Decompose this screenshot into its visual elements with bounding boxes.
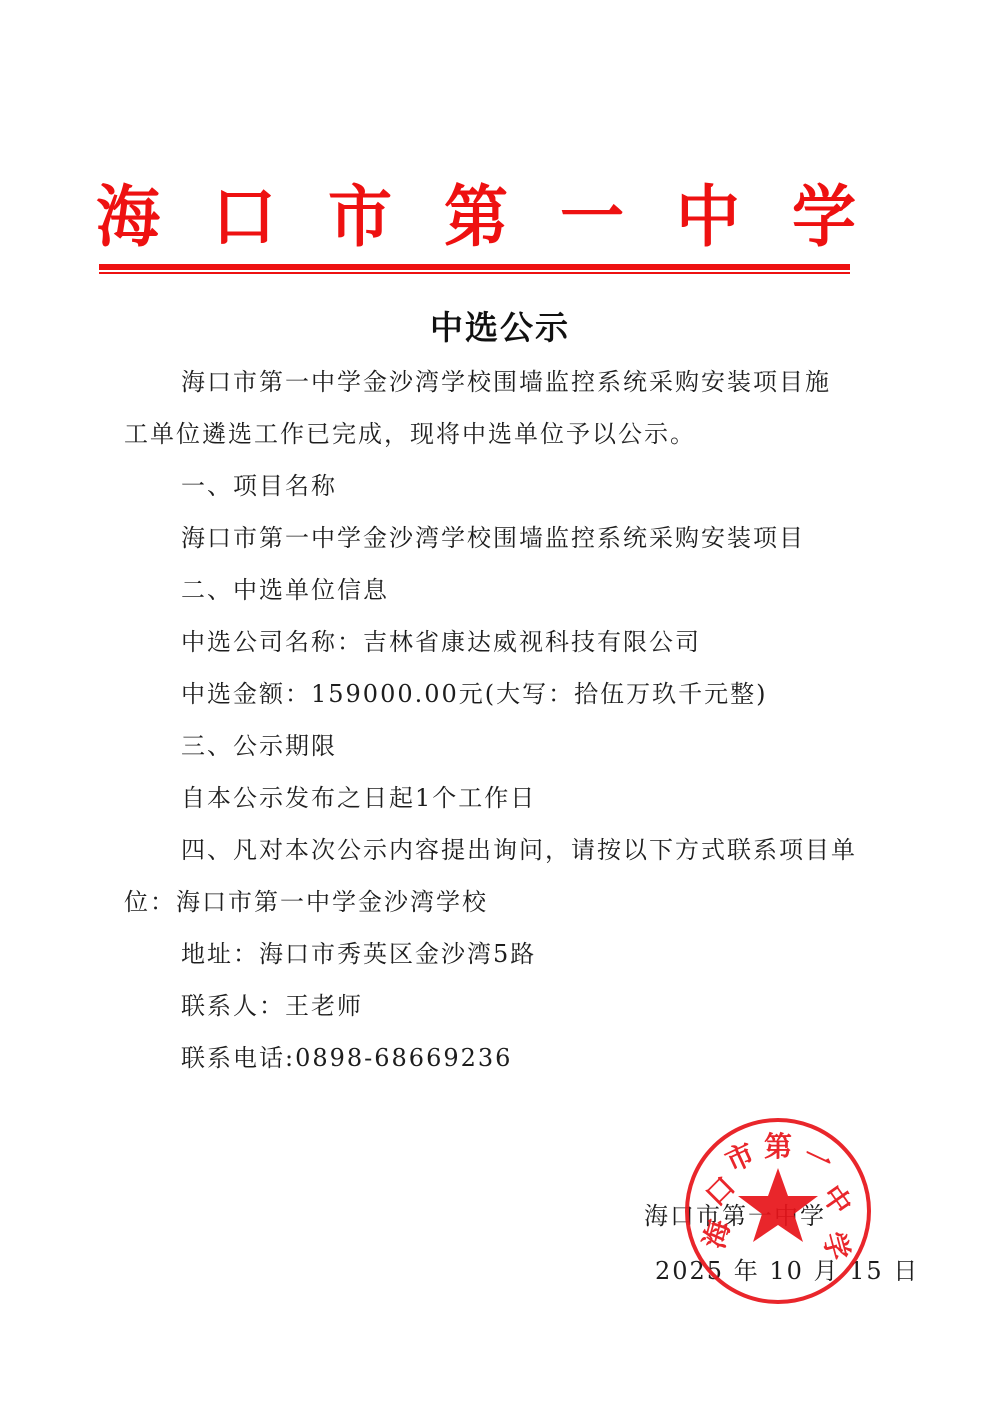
contact-person: 联系人：王老师: [181, 990, 363, 1022]
letterhead-rule-thick: [99, 264, 850, 270]
svg-text:市: 市: [720, 1137, 759, 1179]
letterhead-title: 海 口 市 第 一 中 学: [96, 178, 856, 258]
official-seal: 海 口 市 第 一 中 学: [682, 1116, 874, 1306]
section-heading-contact-line2: 位：海口市第一中学金沙湾学校: [124, 886, 488, 918]
paragraph-intro-line1: 海口市第一中学金沙湾学校围墙监控系统采购安装项目施: [181, 366, 831, 398]
letterhead-char: 海: [96, 176, 160, 260]
letterhead-rule-thin: [99, 272, 850, 274]
winner-company-name: 中选公司名称：吉林省康达威视科技有限公司: [181, 626, 701, 658]
svg-text:第: 第: [764, 1130, 792, 1163]
svg-text:中: 中: [815, 1179, 858, 1221]
letterhead-char: 一: [560, 176, 624, 260]
document-page: 海 口 市 第 一 中 学 中选公示 海口市第一中学金沙湾学校围墙监控系统采购安…: [0, 0, 1000, 1414]
contact-phone: 联系电话:0898-68669236: [181, 1042, 512, 1074]
section-heading-contact-line1: 四、凡对本次公示内容提出询问，请按以下方式联系项目单: [181, 834, 857, 866]
project-name-value: 海口市第一中学金沙湾学校围墙监控系统采购安装项目: [181, 522, 805, 554]
winner-amount: 中选金额：159000.00元(大写：拾伍万玖千元整): [181, 678, 768, 710]
section-heading-project-name: 一、项目名称: [181, 470, 337, 502]
period-value: 自本公示发布之日起1个工作日: [181, 782, 536, 814]
svg-text:学: 学: [816, 1228, 855, 1264]
letterhead-char: 第: [444, 176, 508, 260]
contact-address: 地址：海口市秀英区金沙湾5路: [181, 938, 536, 970]
letterhead-char: 学: [792, 176, 856, 260]
paragraph-intro-line2: 工单位遴选工作已完成，现将中选单位予以公示。: [124, 418, 696, 450]
letterhead-char: 市: [328, 176, 392, 260]
section-heading-winner-info: 二、中选单位信息: [181, 574, 389, 606]
letterhead-char: 中: [676, 176, 740, 260]
section-heading-period: 三、公示期限: [181, 730, 337, 762]
letterhead-char: 口: [212, 176, 276, 260]
document-title: 中选公示: [0, 302, 1000, 349]
star-icon: [738, 1168, 818, 1242]
svg-text:一: 一: [798, 1138, 837, 1180]
svg-text:海: 海: [697, 1216, 736, 1252]
